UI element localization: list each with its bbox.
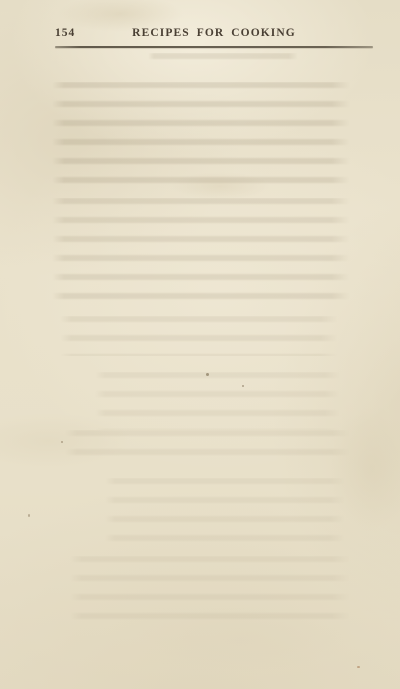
running-header: 154 RECIPES FOR COOKING [55,27,373,41]
bleed-through-paragraph [60,316,338,356]
foxing-speck [357,666,360,668]
ink-speck [242,385,244,387]
bleed-through-paragraph [52,198,350,302]
scanned-book-page: 154 RECIPES FOR COOKING [0,0,400,689]
running-header-title: RECIPES FOR COOKING [55,27,373,39]
ink-speck [28,514,30,517]
ink-speck [206,373,209,376]
bleed-through-paragraph [65,430,350,468]
bleed-through-paragraph [70,556,350,622]
bleed-through-paragraph [105,478,345,544]
bleed-through-paragraph [52,82,350,186]
bleed-through-paragraph [95,372,340,430]
header-rule [55,46,373,48]
bleed-through-header [148,53,298,60]
ink-speck [61,441,63,443]
